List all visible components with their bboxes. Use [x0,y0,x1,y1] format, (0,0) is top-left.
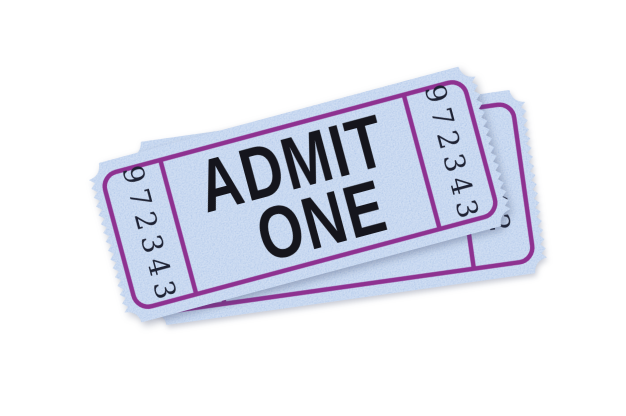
tickets-photo: 42 972343 ADMIT ONE 972343 [0,0,626,416]
